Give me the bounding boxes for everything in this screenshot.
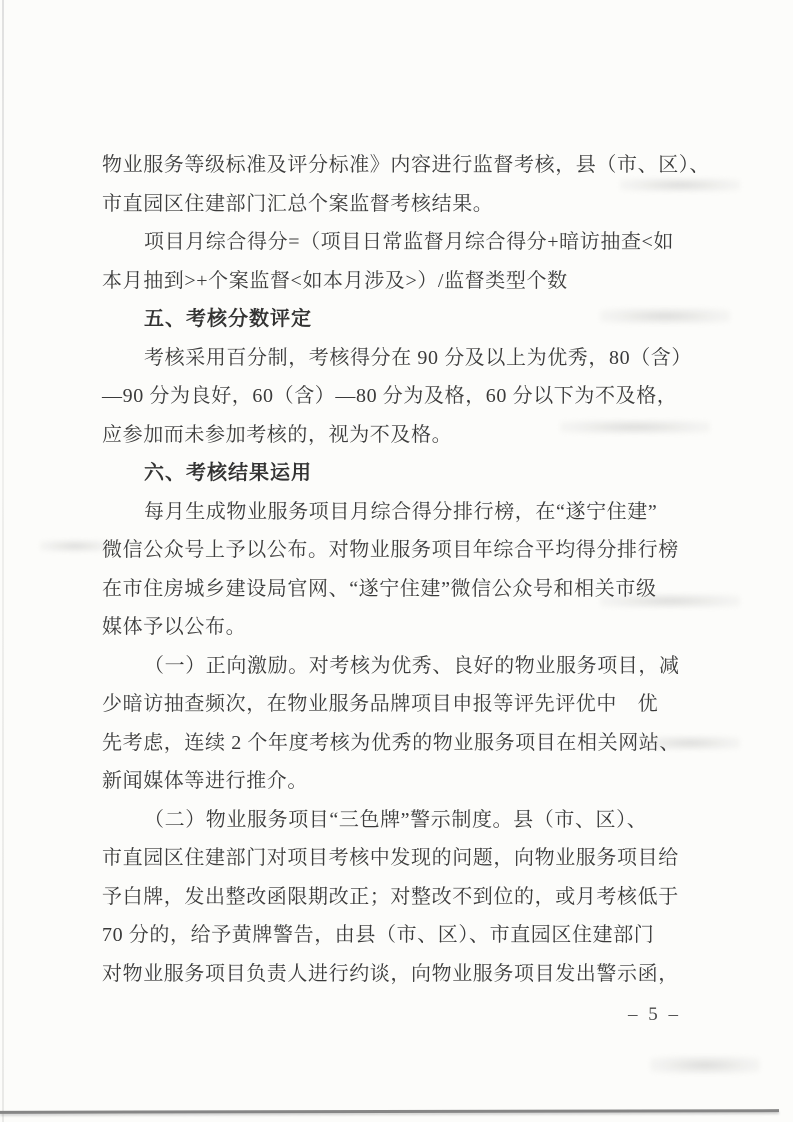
text-line: 对物业服务项目负责人进行约谈，向物业服务项目发出警示函， — [102, 955, 708, 994]
text-line: 物业服务等级标准及评分标准》内容进行监督考核，县（市、区）、 — [102, 146, 708, 185]
text-line: 每月生成物业服务项目月综合得分排行榜，在“遂宁住建” — [102, 493, 708, 532]
text-line: 在市住房城乡建设局官网、“遂宁住建”微信公众号和相关市级 — [102, 570, 708, 609]
text-line: 考核采用百分制，考核得分在 90 分及以上为优秀，80（含） — [102, 339, 708, 378]
text-line: 先考虑，连续 2 个年度考核为优秀的物业服务项目在相关网站、 — [102, 724, 708, 763]
page-number: – 5 – — [628, 1004, 681, 1026]
text-line: 应参加而未参加考核的，视为不及格。 — [102, 416, 708, 455]
section-heading-5: 五、考核分数评定 — [102, 300, 708, 339]
text-line: 市直园区住建部门对项目考核中发现的问题，向物业服务项目给 — [102, 839, 708, 878]
text-line: —90 分为良好，60（含）—80 分为及格，60 分以下为不及格， — [102, 377, 708, 416]
text-line: （一）正向激励。对考核为优秀、良好的物业服务项目，减 — [102, 647, 708, 686]
text-line: 市直园区住建部门汇总个案监督考核结果。 — [102, 185, 708, 224]
scan-edge-left — [2, 0, 4, 1122]
text-line: 本月抽到>+个案监督<如本月涉及>）/监督类型个数 — [102, 262, 708, 301]
scan-smudge — [650, 1056, 760, 1074]
scan-smudge — [40, 540, 110, 552]
text-line: 新闻媒体等进行推介。 — [102, 762, 708, 801]
text-line: 微信公众号上予以公布。对物业服务项目年综合平均得分排行榜 — [102, 531, 708, 570]
section-heading-6: 六、考核结果运用 — [102, 454, 708, 493]
text-line: 予白牌，发出整改函限期改正；对整改不到位的，或月考核低于 — [102, 878, 708, 917]
scanned-document-page: 物业服务等级标准及评分标准》内容进行监督考核，县（市、区）、 市直园区住建部门汇… — [0, 0, 793, 1122]
text-line: （二）物业服务项目“三色牌”警示制度。县（市、区）、 — [102, 801, 708, 840]
text-line: 项目月综合得分=（项目日常监督月综合得分+暗访抽查<如 — [102, 223, 708, 262]
text-line: 媒体予以公布。 — [102, 608, 708, 647]
document-body: 物业服务等级标准及评分标准》内容进行监督考核，县（市、区）、 市直园区住建部门汇… — [102, 146, 708, 993]
text-line: 少暗访抽查频次，在物业服务品牌项目申报等评先评优中 优 — [102, 685, 708, 724]
text-line: 70 分的，给予黄牌警告，由县（市、区）、市直园区住建部门 — [102, 916, 708, 955]
scan-edge-bottom — [0, 1109, 779, 1114]
